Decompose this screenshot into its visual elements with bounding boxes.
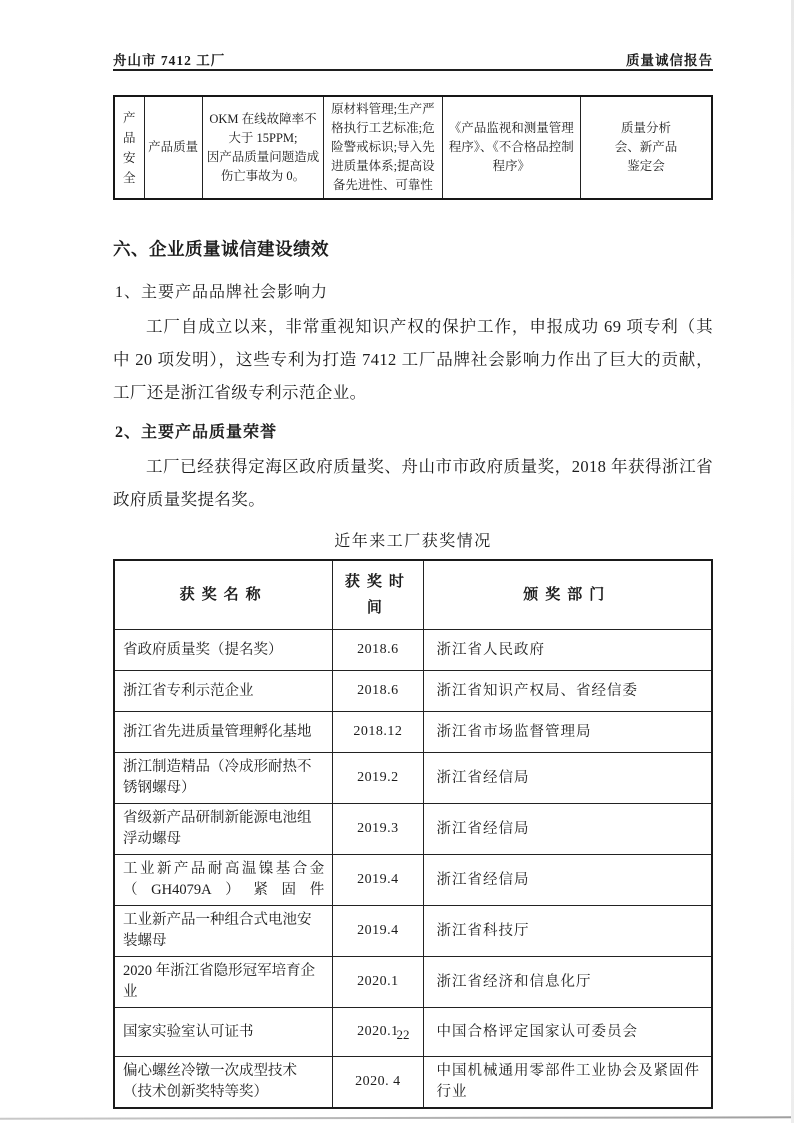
award-name: 工业新产品耐高温镍基合金（GH4079A）紧固件	[114, 855, 333, 906]
table-row: 产品安全 产品质量 OKM 在线故障率不大于 15PPM; 因产品质量问题造成伤…	[114, 96, 712, 199]
award-date: 2020. 4	[333, 1057, 423, 1109]
table-row: 浙江省先进质量管理孵化基地 2018.12 浙江省市场监督管理局	[114, 712, 712, 753]
cell-documents: 《产品监视和测量管理程序》、《不合格品控制程序》	[442, 96, 580, 199]
paragraph-brand-influence: 工厂自成立以来，非常重视知识产权的保护工作，申报成功 69 项专利（其中 20 …	[113, 310, 713, 409]
award-dept: 浙江省知识产权局、省经信委	[423, 671, 712, 712]
cell-measures: 原材料管理;生产严格执行工艺标准;危险警戒标识;导入先进质量体系;提高设备先进性…	[324, 96, 442, 199]
award-dept: 浙江省人民政府	[423, 630, 712, 671]
award-dept: 浙江省经信局	[423, 804, 712, 855]
cell-review: 质量分析会、新产品鉴定会	[581, 96, 712, 199]
award-name: 浙江省专利示范企业	[114, 671, 333, 712]
scan-edge-bottom	[0, 1116, 794, 1119]
award-name: 省政府质量奖（提名奖）	[114, 630, 333, 671]
table-row: 工业新产品耐高温镍基合金（GH4079A）紧固件 2019.4 浙江省经信局	[114, 855, 712, 906]
award-name: 省级新产品研制新能源电池组浮动螺母	[114, 804, 333, 855]
award-date: 2019.4	[333, 906, 423, 957]
cell-item: 产品质量	[144, 96, 202, 199]
table-row: 偏心螺丝冷镦一次成型技术（技术创新奖特等奖） 2020. 4 中国机械通用零部件…	[114, 1057, 712, 1109]
award-date: 2019.2	[333, 753, 423, 804]
awards-header-dept: 颁奖部门	[423, 560, 712, 630]
award-dept: 浙江省市场监督管理局	[423, 712, 712, 753]
award-dept: 中国机械通用零部件工业协会及紧固件行业	[423, 1057, 712, 1109]
table-row: 浙江省专利示范企业 2018.6 浙江省知识产权局、省经信委	[114, 671, 712, 712]
awards-header-row: 获奖名称 获奖时间 颁奖部门	[114, 560, 712, 630]
page-content: 舟山市 7412 工厂 质量诚信报告 产品安全 产品质量 OKM 在线故障率不大…	[113, 0, 713, 1109]
award-date: 2018.6	[333, 630, 423, 671]
award-name: 2020 年浙江省隐形冠军培育企业	[114, 957, 333, 1008]
awards-table-caption: 近年来工厂获奖情况	[113, 528, 713, 551]
cell-category: 产品安全	[114, 96, 144, 199]
award-date: 2018.12	[333, 712, 423, 753]
award-date: 2018.6	[333, 671, 423, 712]
award-name: 浙江省先进质量管理孵化基地	[114, 712, 333, 753]
award-name: 浙江制造精品（冷成形耐热不锈钢螺母）	[114, 753, 333, 804]
award-date: 2020.1	[333, 957, 423, 1008]
award-name: 偏心螺丝冷镦一次成型技术（技术创新奖特等奖）	[114, 1057, 333, 1109]
award-dept: 浙江省经信局	[423, 753, 712, 804]
table-row: 省级新产品研制新能源电池组浮动螺母 2019.3 浙江省经信局	[114, 804, 712, 855]
table-row: 浙江制造精品（冷成形耐热不锈钢螺母） 2019.2 浙江省经信局	[114, 753, 712, 804]
award-date: 2019.3	[333, 804, 423, 855]
header-doc-title: 质量诚信报告	[626, 49, 713, 69]
paragraph-quality-honors: 工厂已经获得定海区政府质量奖、舟山市市政府质量奖，2018 年获得浙江省政府质量…	[113, 450, 713, 516]
subsection-1-title: 1、主要产品品牌社会影响力	[115, 279, 713, 302]
page-number: 22	[113, 1027, 693, 1043]
header-company: 舟山市 7412 工厂	[113, 49, 225, 69]
award-date: 2019.4	[333, 855, 423, 906]
page-header: 舟山市 7412 工厂 质量诚信报告	[113, 0, 713, 71]
awards-header-name: 获奖名称	[114, 560, 333, 630]
table-row: 工业新产品一种组合式电池安装螺母 2019.4 浙江省科技厅	[114, 906, 712, 957]
award-name: 工业新产品一种组合式电池安装螺母	[114, 906, 333, 957]
carryover-table: 产品安全 产品质量 OKM 在线故障率不大于 15PPM; 因产品质量问题造成伤…	[113, 95, 713, 200]
award-dept: 浙江省科技厅	[423, 906, 712, 957]
subsection-2-title: 2、主要产品质量荣誉	[115, 419, 713, 442]
table-row: 2020 年浙江省隐形冠军培育企业 2020.1 浙江省经济和信息化厅	[114, 957, 712, 1008]
section-title: 六、企业质量诚信建设绩效	[113, 236, 713, 261]
cell-indicator: OKM 在线故障率不大于 15PPM; 因产品质量问题造成伤亡事故为 0。	[202, 96, 323, 199]
award-dept: 浙江省经济和信息化厅	[423, 957, 712, 1008]
table-row: 省政府质量奖（提名奖） 2018.6 浙江省人民政府	[114, 630, 712, 671]
awards-header-date: 获奖时间	[333, 560, 423, 630]
award-dept: 浙江省经信局	[423, 855, 712, 906]
